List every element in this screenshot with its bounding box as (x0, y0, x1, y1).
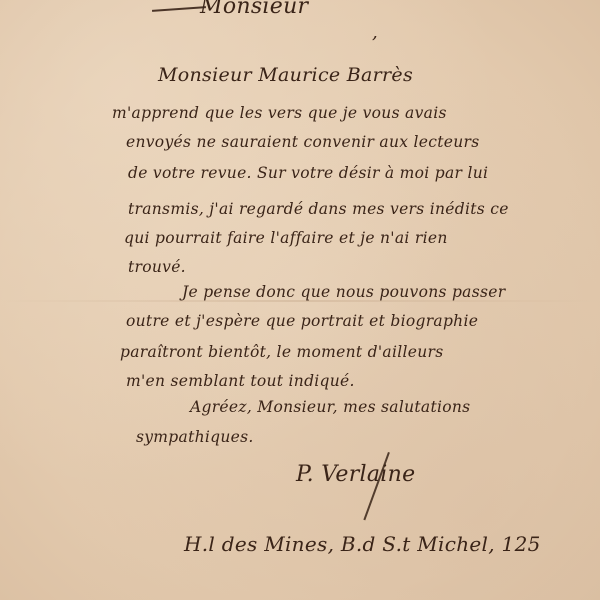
letter-line: m'en semblant tout indiqué. (126, 372, 355, 390)
letter-line: transmis, j'ai regardé dans mes vers iné… (128, 200, 509, 218)
letter-line: outre et j'espère que portrait et biogra… (126, 312, 478, 330)
letter-closing: sympathiques. (136, 428, 254, 446)
letter-line: m'apprend que les vers que je vous avais (112, 104, 447, 122)
salutation-comma: , (372, 22, 378, 43)
letter-line: Monsieur Maurice Barrès (158, 64, 413, 86)
letter-salutation: Monsieur (200, 0, 308, 19)
signature: P. Verlaine (296, 462, 415, 487)
letter-line: paraîtront bientôt, le moment d'ailleurs (120, 343, 443, 361)
letter-line: de votre revue. Sur votre désir à moi pa… (128, 164, 488, 182)
letter-line: envoyés ne sauraient convenir aux lecteu… (126, 133, 480, 151)
sender-address: H.l des Mines, B.d S.t Michel, 125 (184, 532, 541, 556)
letter-line: Je pense donc que nous pouvons passer (182, 283, 505, 301)
letter-line: trouvé. (128, 258, 186, 276)
letter-closing: Agréez, Monsieur, mes salutations (190, 398, 470, 416)
letter-line: qui pourrait faire l'affaire et je n'ai … (124, 229, 448, 247)
